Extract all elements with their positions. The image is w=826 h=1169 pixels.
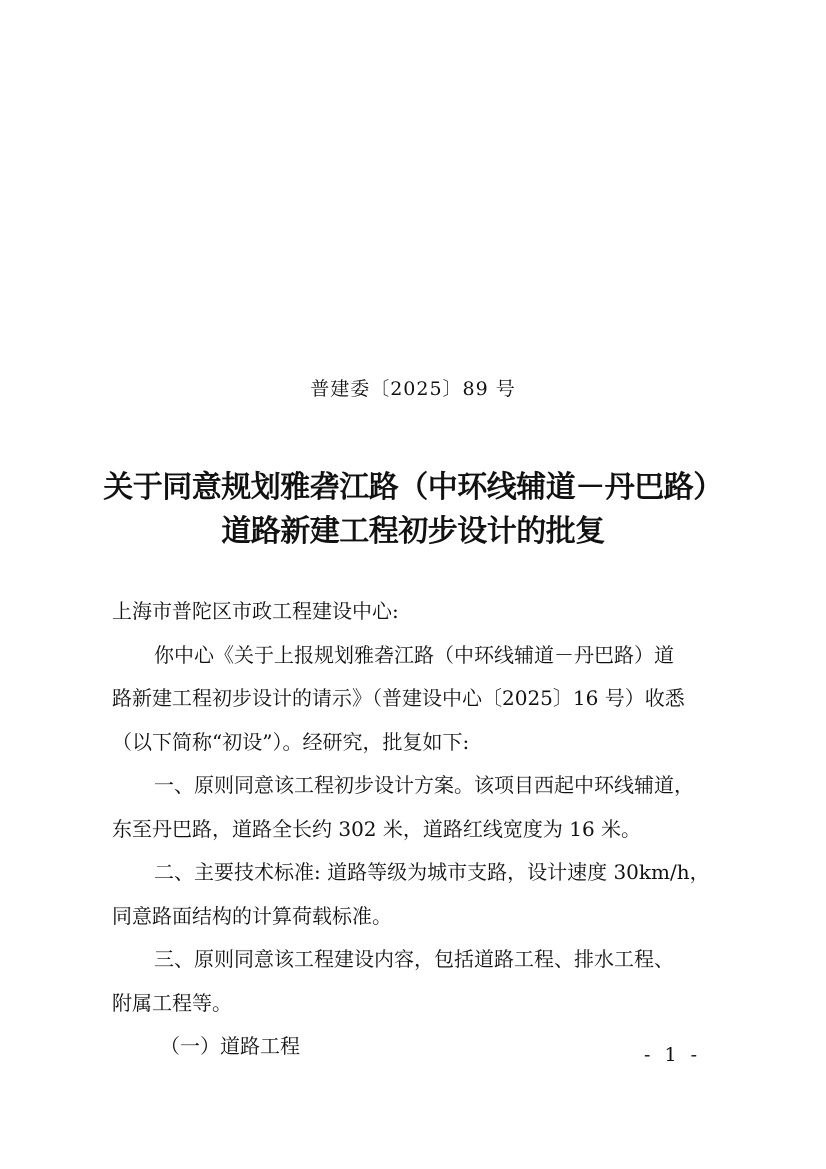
paragraph-line: 二、主要技术标准: 道路等级为城市支路，设计速度 30km/h， — [112, 851, 724, 895]
document-number: 普建委〔2025〕89 号 — [0, 374, 826, 401]
paragraph-line: 路新建工程初步设计的请示》（普建设中心〔2025〕16 号）收悉 — [112, 677, 724, 721]
paragraph-line: 附属工程等。 — [112, 982, 724, 1026]
title-line-2: 道路新建工程初步设计的批复 — [60, 510, 766, 554]
paragraph-line: （以下简称“初设”）。经研究，批复如下: — [112, 721, 724, 765]
addressee: 上海市普陀区市政工程建设中心: — [112, 590, 724, 634]
document-title: 关于同意规划雅砻江路（中环线辅道－丹巴路） 道路新建工程初步设计的批复 — [60, 466, 766, 554]
section-heading: （一）道路工程 — [112, 1025, 724, 1069]
page-number: - 1 - — [644, 1044, 701, 1066]
paragraph-line: 你中心《关于上报规划雅砻江路（中环线辅道－丹巴路）道 — [112, 634, 724, 678]
document-body: 上海市普陀区市政工程建设中心: 你中心《关于上报规划雅砻江路（中环线辅道－丹巴路… — [112, 590, 724, 1069]
paragraph-line: 一、原则同意该工程初步设计方案。该项目西起中环线辅道， — [112, 764, 724, 808]
paragraph-line: 东至丹巴路，道路全长约 302 米，道路红线宽度为 16 米。 — [112, 808, 724, 852]
paragraph-line: 同意路面结构的计算荷载标准。 — [112, 895, 724, 939]
title-line-1: 关于同意规划雅砻江路（中环线辅道－丹巴路） — [60, 466, 766, 510]
paragraph-line: 三、原则同意该工程建设内容，包括道路工程、排水工程、 — [112, 938, 724, 982]
